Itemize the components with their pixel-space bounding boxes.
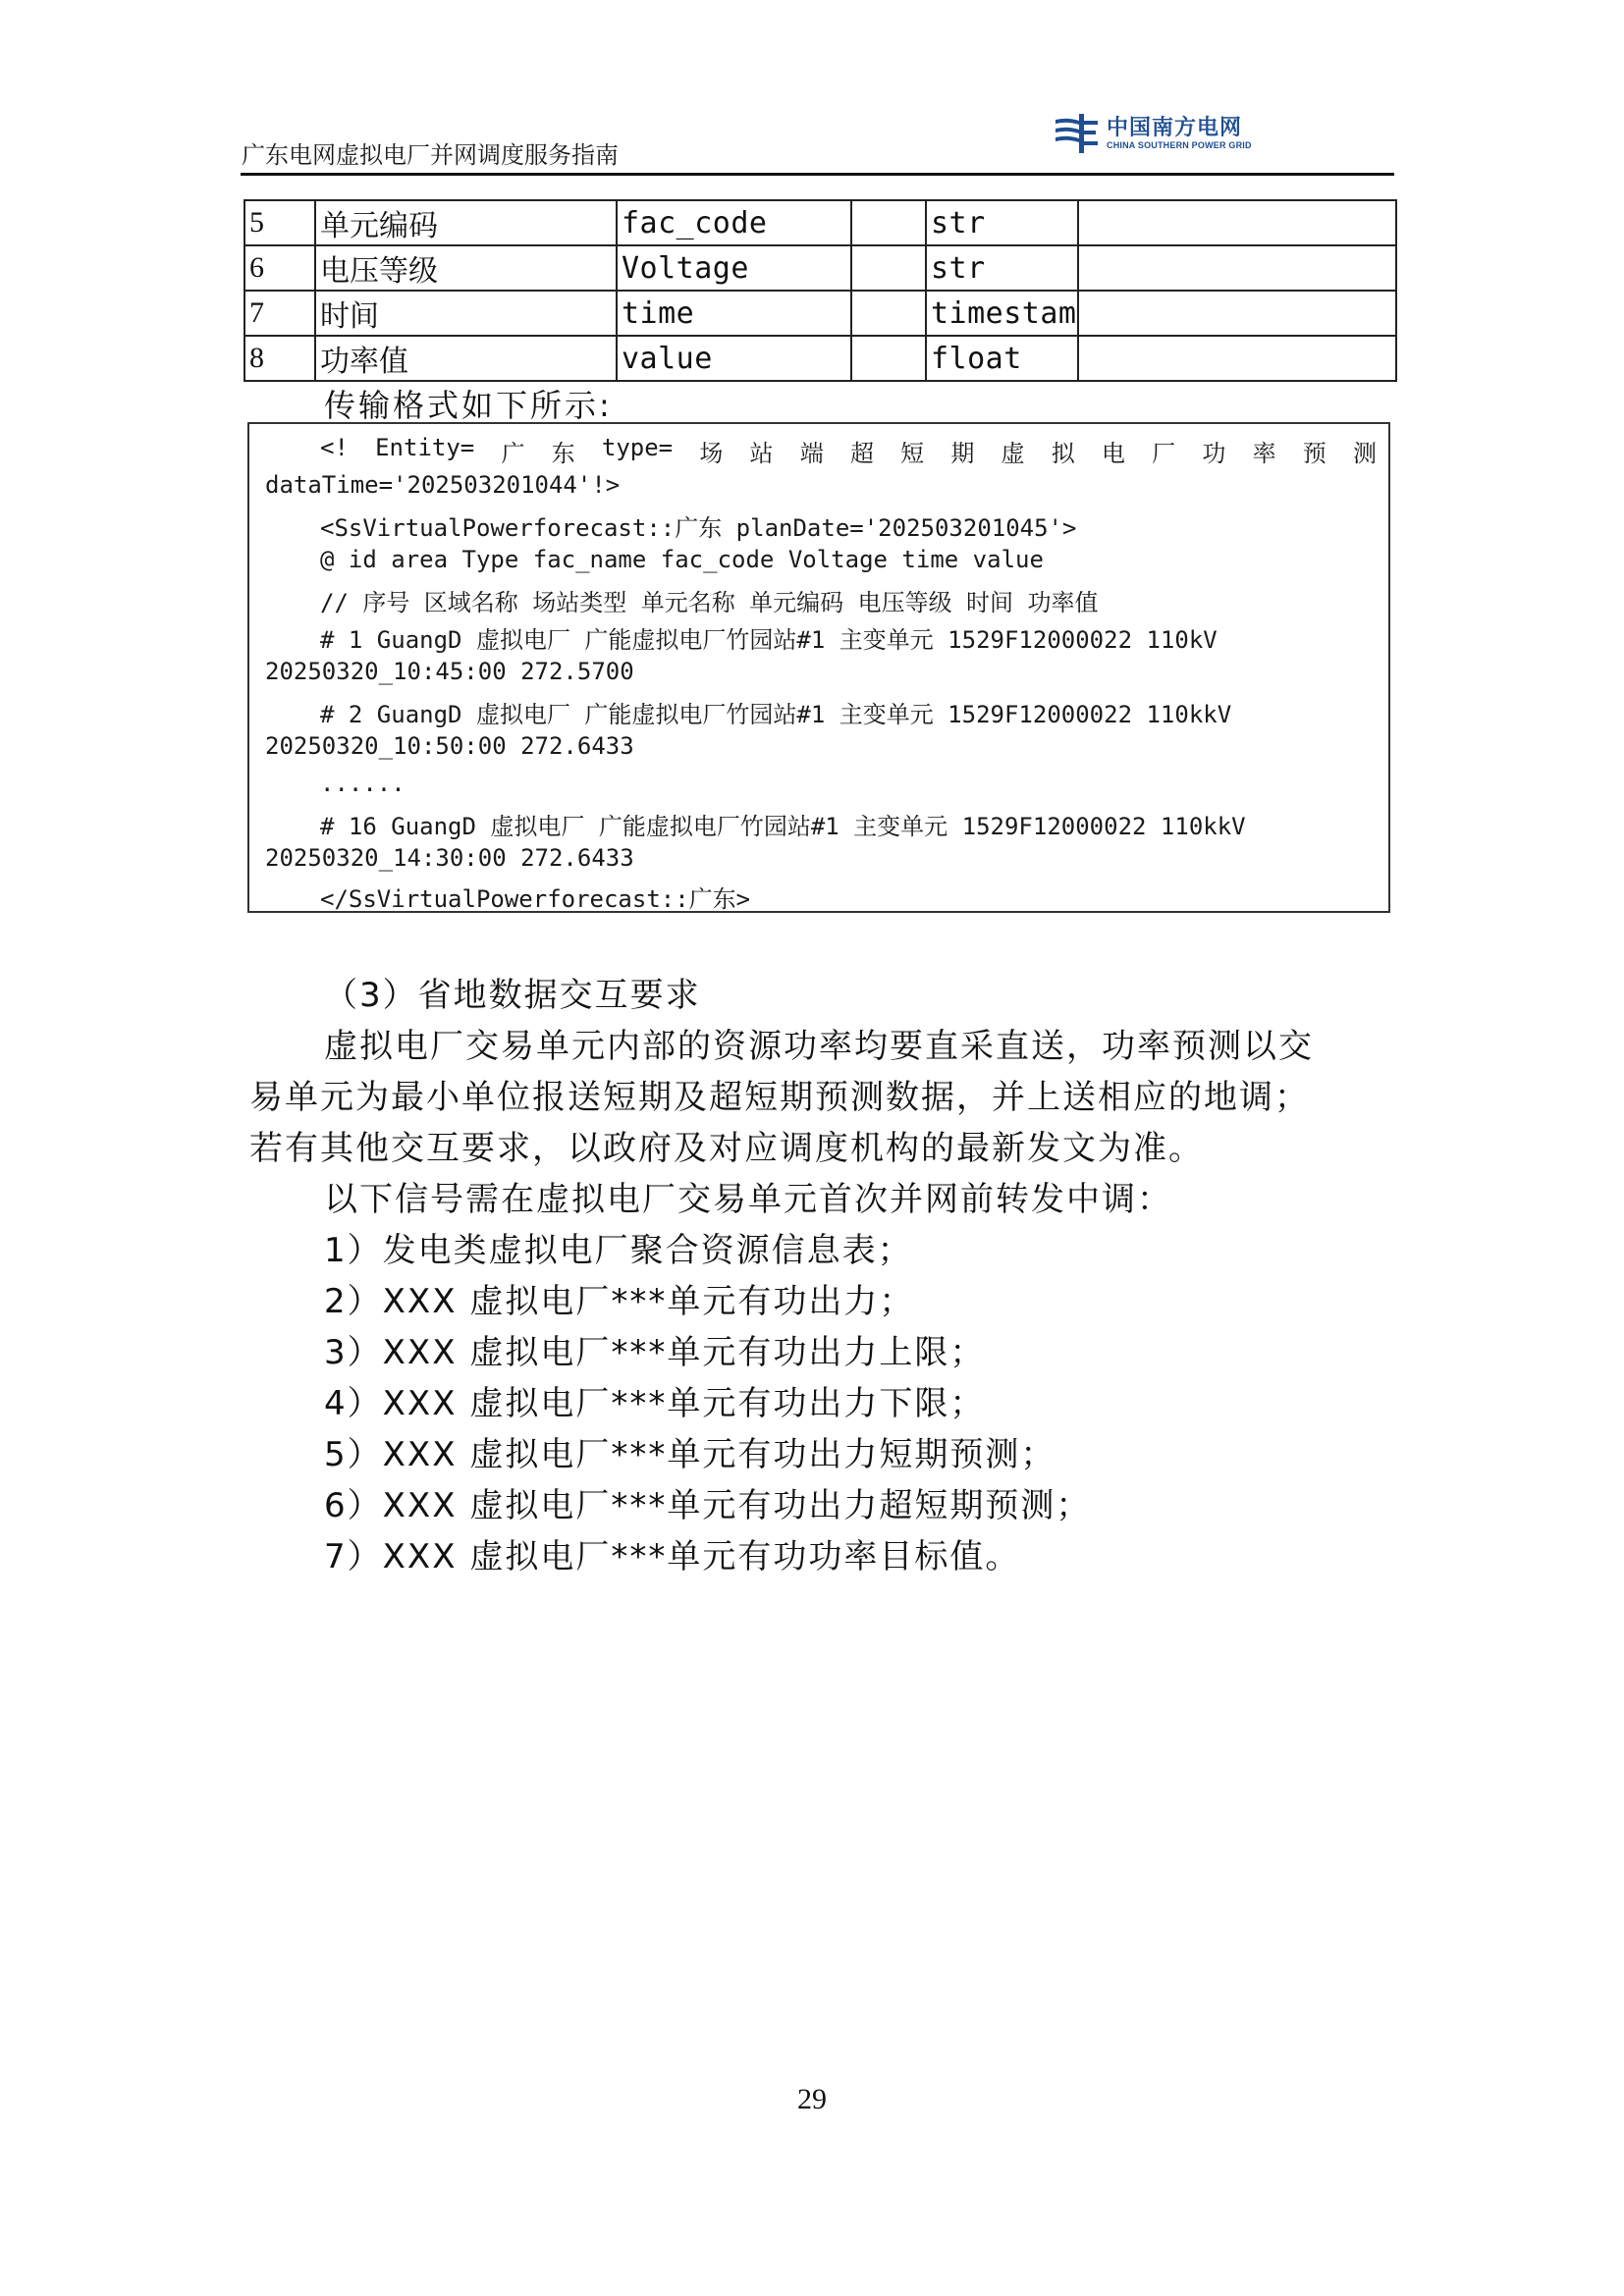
code-token: <! xyxy=(320,434,349,468)
cell-note xyxy=(1078,245,1396,291)
list-item: 3）XXX 虚拟电厂***单元有功出力上限； xyxy=(324,1325,985,1373)
cell-name: 电压等级 xyxy=(315,245,617,291)
code-line: </SsVirtualPowerforecast::广东> xyxy=(320,880,750,914)
document-header-title: 广东电网虚拟电厂并网调度服务指南 xyxy=(242,135,619,170)
cell-name: 单元编码 xyxy=(315,200,617,245)
page-number: 29 xyxy=(797,2083,827,2116)
code-token: 场 xyxy=(699,434,723,468)
code-line: # 16 GuangD 虚拟电厂 广能虚拟电厂竹园站#1 主变单元 1529F1… xyxy=(320,807,1246,841)
code-token: 电 xyxy=(1102,434,1125,468)
code-token: 率 xyxy=(1253,434,1276,468)
logo-name-en: CHINA SOUTHERN POWER GRID xyxy=(1107,140,1252,151)
table-row: 8 功率值 value float xyxy=(244,336,1396,381)
cell-field: time xyxy=(617,291,851,336)
header-divider xyxy=(241,173,1394,176)
logo-name-cn: 中国南方电网 xyxy=(1107,117,1252,140)
cell-field: Voltage xyxy=(617,245,851,291)
cell-blank xyxy=(851,200,926,245)
paragraph-line: 易单元为最小单位报送短期及超短期预测数据，并上送相应的地调； xyxy=(249,1070,1310,1118)
code-token: 厂 xyxy=(1152,434,1175,468)
code-token: 功 xyxy=(1202,434,1225,468)
table-row: 5 单元编码 fac_code str xyxy=(244,200,1396,245)
cell-field: fac_code xyxy=(617,200,851,245)
cell-type: timestamp xyxy=(926,291,1078,336)
table-row: 7 时间 time timestamp xyxy=(244,291,1396,336)
code-token: 测 xyxy=(1353,434,1377,468)
code-line: <SsVirtualPowerforecast::广东 planDate='20… xyxy=(320,508,1076,543)
code-token: 预 xyxy=(1303,434,1326,468)
code-line: ...... xyxy=(320,770,406,797)
cell-note xyxy=(1078,336,1396,381)
cell-type: float xyxy=(926,336,1078,381)
list-item: 1）发电类虚拟电厂聚合资源信息表； xyxy=(324,1223,913,1271)
code-line: // 序号 区域名称 场站类型 单元名称 单元编码 电压等级 时间 功率值 xyxy=(320,583,1099,617)
section-heading: （3）省地数据交互要求 xyxy=(324,968,701,1016)
cell-type: str xyxy=(926,245,1078,291)
cell-no: 5 xyxy=(244,200,315,245)
code-line: # 1 GuangD 虚拟电厂 广能虚拟电厂竹园站#1 主变单元 1529F12… xyxy=(320,620,1218,655)
cell-no: 8 xyxy=(244,336,315,381)
code-line: dataTime='202503201044'!> xyxy=(265,471,620,499)
list-item: 5）XXX 虚拟电厂***单元有功出力短期预测； xyxy=(324,1427,1056,1475)
signal-list-intro: 以下信号需在虚拟电厂交易单元首次并网前转发中调： xyxy=(324,1172,1172,1220)
list-item: 6）XXX 虚拟电厂***单元有功出力超短期预测； xyxy=(324,1478,1091,1526)
cell-no: 7 xyxy=(244,291,315,336)
code-token: 站 xyxy=(750,434,774,468)
cell-blank xyxy=(851,245,926,291)
code-token: 短 xyxy=(900,434,924,468)
code-line: 20250320_10:50:00 272.6433 xyxy=(265,732,634,760)
cell-name: 功率值 xyxy=(315,336,617,381)
cell-field: value xyxy=(617,336,851,381)
code-token: 端 xyxy=(800,434,824,468)
list-item: 7）XXX 虚拟电厂***单元有功功率目标值。 xyxy=(324,1529,1020,1577)
cell-no: 6 xyxy=(244,245,315,291)
cell-name: 时间 xyxy=(315,291,617,336)
code-token: type= xyxy=(602,434,673,468)
list-item: 2）XXX 虚拟电厂***单元有功出力； xyxy=(324,1274,914,1322)
cell-blank xyxy=(851,336,926,381)
code-token: 期 xyxy=(950,434,974,468)
transfer-format-caption: 传输格式如下所示: xyxy=(324,381,613,426)
paragraph-line: 虚拟电厂交易单元内部的资源功率均要直采直送，功率预测以交 xyxy=(324,1019,1314,1067)
code-token: 拟 xyxy=(1052,434,1075,468)
cell-note xyxy=(1078,200,1396,245)
code-line: # 2 GuangD 虚拟电厂 广能虚拟电厂竹园站#1 主变单元 1529F12… xyxy=(320,695,1231,729)
cell-blank xyxy=(851,291,926,336)
code-line: 20250320_10:45:00 272.5700 xyxy=(265,658,634,685)
field-definition-table: 5 单元编码 fac_code str 6 电压等级 Voltage str 7… xyxy=(244,199,1397,382)
code-line: 20250320_14:30:00 272.6433 xyxy=(265,844,634,872)
code-token: 超 xyxy=(850,434,874,468)
paragraph-line: 若有其他交互要求，以政府及对应调度机构的最新发文为准。 xyxy=(249,1121,1204,1169)
company-logo: 中国南方电网 CHINA SOUTHERN POWER GRID xyxy=(1056,114,1252,153)
table-row: 6 电压等级 Voltage str xyxy=(244,245,1396,291)
china-southern-power-grid-logo-icon xyxy=(1056,114,1099,153)
code-token: 东 xyxy=(552,434,575,468)
cell-note xyxy=(1078,291,1396,336)
code-token: 虚 xyxy=(1001,434,1025,468)
code-token: 广 xyxy=(501,434,524,468)
list-item: 4）XXX 虚拟电厂***单元有功出力下限； xyxy=(324,1376,985,1424)
cell-type: str xyxy=(926,200,1078,245)
code-line: @ id area Type fac_name fac_code Voltage… xyxy=(320,546,1044,573)
code-token: Entity= xyxy=(375,434,474,468)
transfer-format-code-block: <! Entity= 广 东 type= 场 站 端 超 短 期 虚 拟 电 厂… xyxy=(247,422,1390,913)
code-line-entity: <! Entity= 广 东 type= 场 站 端 超 短 期 虚 拟 电 厂… xyxy=(320,434,1377,468)
